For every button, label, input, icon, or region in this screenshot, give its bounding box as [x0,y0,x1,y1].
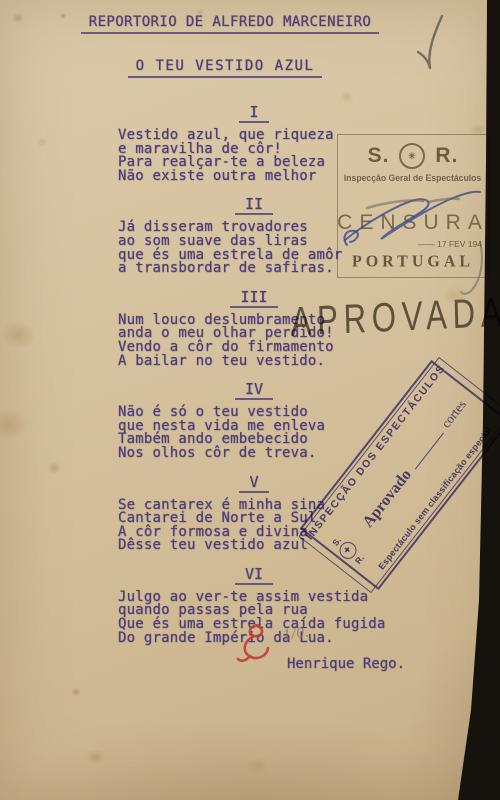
pencil-check-mark [412,12,452,72]
censura-country: PORTUGAL [352,252,474,271]
red-censor-mark [234,618,278,666]
document-header: REPORTORIO DE ALFREDO MARCENEIRO [30,14,430,34]
poem-title: O TEU VESTIDO AZUL [25,58,425,78]
censura-org-line: Inspecção Geral de Espectáculos [344,173,481,183]
censura-s: S. [368,144,390,168]
inspeccao-approved-label: Aprovado [360,466,416,531]
state-emblem-icon: ✳ [399,143,425,169]
author-signature: Henrique Rego. [287,656,405,672]
inspeccao-cortes-label: cortes [438,397,470,431]
censura-sr-row: S. ✳ R. [368,143,459,169]
stanza-lines: Não é só o teu vestidoque nesta vida me … [118,406,390,460]
inspeccao-blank-rule [407,427,444,470]
poem-line: A bailar no teu vestido. [118,355,390,369]
pencil-stroke [458,240,488,300]
stanza-numeral: IV [118,381,390,400]
document-header-text: REPORTORIO DE ALFREDO MARCENEIRO [81,14,380,34]
censura-word: CENSURA [337,211,489,235]
stanza-numeral: I [118,104,390,123]
poem-title-text: O TEU VESTIDO AZUL [128,58,323,78]
poem-line: Nos olhos côr de treva. [118,447,390,461]
inspeccao-r: R. [352,553,365,566]
stanza: IV Não é só o teu vestidoque nesta vida … [118,381,390,460]
censura-r: R. [435,144,458,168]
